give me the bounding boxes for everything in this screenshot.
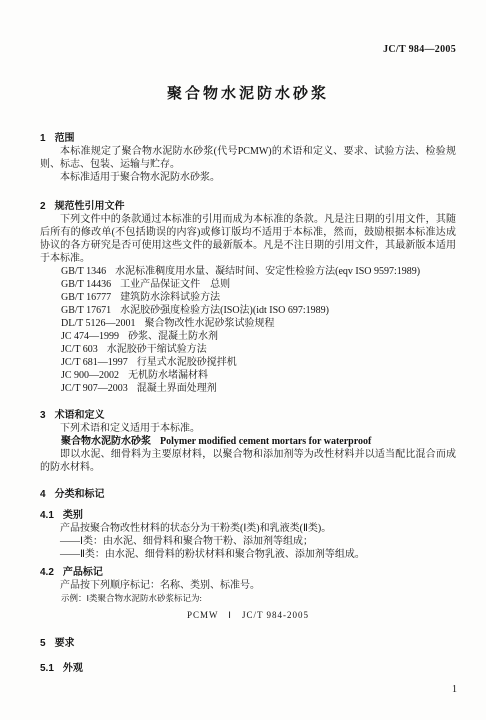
reference-code: JC 900—2002 xyxy=(61,370,119,381)
example-marking-value: PCMW Ⅰ JC/T 984-2005 xyxy=(40,609,456,621)
page-number: 1 xyxy=(452,684,457,696)
reference-title: 混凝土界面处理剂 xyxy=(137,383,217,394)
reference-item: GB/T 17671水泥胶砂强度检验方法(ISO法)(idt ISO 697:1… xyxy=(40,304,456,317)
example-label: 示例：Ⅰ类聚合物水泥防水砂浆标记为: xyxy=(40,592,456,604)
section-3-paragraph: 即以水泥、细骨料为主要原材料，以聚合物和添加剂等为改性材料并以适当配比混合而成的… xyxy=(40,448,456,474)
section-4-number: 4 xyxy=(40,489,46,500)
section-3-title: 术语和定义 xyxy=(55,410,105,421)
reference-item: DL/T 5126—2001聚合物改性水泥砂浆试验规程 xyxy=(40,317,456,330)
reference-item: JC/T 907—2003混凝土界面处理剂 xyxy=(40,382,456,395)
section-2-number: 2 xyxy=(40,201,46,212)
reference-code: GB/T 16777 xyxy=(61,292,111,303)
reference-code: GB/T 17671 xyxy=(61,305,111,316)
section-5-1-title: 外观 xyxy=(63,663,83,674)
reference-title: 水泥胶砂干缩试验方法 xyxy=(107,344,207,355)
section-1-number: 1 xyxy=(40,133,46,144)
document-page: JC/T 984—2005 聚合物水泥防水砂浆 1范围 本标准规定了聚合物水泥防… xyxy=(0,0,486,720)
reference-item: GB/T 16777建筑防水涂料试验方法 xyxy=(40,291,456,304)
section-2-title: 规范性引用文件 xyxy=(55,201,125,212)
reference-item: JC/T 603水泥胶砂干缩试验方法 xyxy=(40,343,456,356)
reference-code: GB/T 14436 xyxy=(61,279,111,290)
reference-title: 工业产品保证文件 总则 xyxy=(120,279,230,290)
section-1-paragraph: 本标准规定了聚合物水泥防水砂浆(代号PCMW)的术语和定义、要求、试验方法、检验… xyxy=(40,145,456,171)
section-1-title: 范围 xyxy=(55,133,75,144)
section-3-number: 3 xyxy=(40,410,46,421)
term-definition-line: 聚合物水泥防水砂浆Polymer modified cement mortars… xyxy=(40,435,456,448)
reference-item: GB/T 1346水泥标准稠度用水量、凝结时间、安定性检验方法(eqv ISO … xyxy=(40,265,456,278)
section-5-heading: 5要求 xyxy=(40,637,456,650)
section-3-paragraph: 下列术语和定义适用于本标准。 xyxy=(40,422,456,435)
term-chinese: 聚合物水泥防水砂浆 xyxy=(61,436,151,447)
standard-code: JC/T 984—2005 xyxy=(40,44,456,56)
section-2-paragraph: 下列文件中的条款通过本标准的引用而成为本标准的条款。凡是注日期的引用文件，其随后… xyxy=(40,213,456,265)
section-1-paragraph: 本标准适用于聚合物水泥防水砂浆。 xyxy=(40,171,456,184)
section-4-title: 分类和标记 xyxy=(55,489,105,500)
reference-title: 行星式水泥胶砂搅拌机 xyxy=(137,357,237,368)
class-1-dash-item: ——Ⅰ类：由水泥、细骨料和聚合物干粉、添加剂等组成； xyxy=(40,535,456,548)
section-4-1-paragraph: 产品按聚合物改性材料的状态分为干粉类(Ⅰ类)和乳液类(Ⅱ类)。 xyxy=(40,522,456,535)
term-english: Polymer modified cement mortars for wate… xyxy=(160,436,371,447)
reference-title: 聚合物改性水泥砂浆试验规程 xyxy=(145,318,275,329)
reference-title: 建筑防水涂料试验方法 xyxy=(120,292,220,303)
reference-code: JC 474—1999 xyxy=(61,331,119,342)
reference-item: JC 900—2002无机防水堵漏材料 xyxy=(40,369,456,382)
reference-code: DL/T 5126—2001 xyxy=(61,318,136,329)
section-4-2-paragraph: 产品按下列顺序标记：名称、类别、标准号。 xyxy=(40,579,456,592)
reference-code: JC/T 681—1997 xyxy=(61,357,128,368)
section-2-heading: 2规范性引用文件 xyxy=(40,200,456,213)
reference-code: JC/T 603 xyxy=(61,344,98,355)
class-2-dash-item: ——Ⅱ类：由水泥、细骨料的粉状材料和聚合物乳液、添加剂等组成。 xyxy=(40,548,456,561)
section-4-1-heading: 4.1类别 xyxy=(40,509,456,522)
reference-item: JC 474—1999砂浆、混凝土防水剂 xyxy=(40,330,456,343)
section-4-1-title: 类别 xyxy=(63,510,83,521)
document-title: 聚合物水泥防水砂浆 xyxy=(40,84,456,104)
section-4-1-number: 4.1 xyxy=(40,510,54,521)
reference-item: GB/T 14436工业产品保证文件 总则 xyxy=(40,278,456,291)
reference-title: 水泥胶砂强度检验方法(ISO法)(idt ISO 697:1989) xyxy=(120,305,329,316)
reference-title: 无机防水堵漏材料 xyxy=(128,370,208,381)
section-4-2-heading: 4.2产品标记 xyxy=(40,566,456,579)
section-3-heading: 3术语和定义 xyxy=(40,409,456,422)
section-5-1-number: 5.1 xyxy=(40,663,54,674)
section-4-2-title: 产品标记 xyxy=(63,567,103,578)
reference-title: 砂浆、混凝土防水剂 xyxy=(128,331,218,342)
section-1-heading: 1范围 xyxy=(40,132,456,145)
section-4-2-number: 4.2 xyxy=(40,567,54,578)
reference-code: JC/T 907—2003 xyxy=(61,383,128,394)
section-5-number: 5 xyxy=(40,638,46,649)
reference-title: 水泥标准稠度用水量、凝结时间、安定性检验方法(eqv ISO 9597:1989… xyxy=(115,266,420,277)
reference-code: GB/T 1346 xyxy=(61,266,106,277)
section-4-heading: 4分类和标记 xyxy=(40,488,456,501)
section-5-1-heading: 5.1外观 xyxy=(40,662,456,675)
section-5-title: 要求 xyxy=(55,638,75,649)
reference-item: JC/T 681—1997行星式水泥胶砂搅拌机 xyxy=(40,356,456,369)
